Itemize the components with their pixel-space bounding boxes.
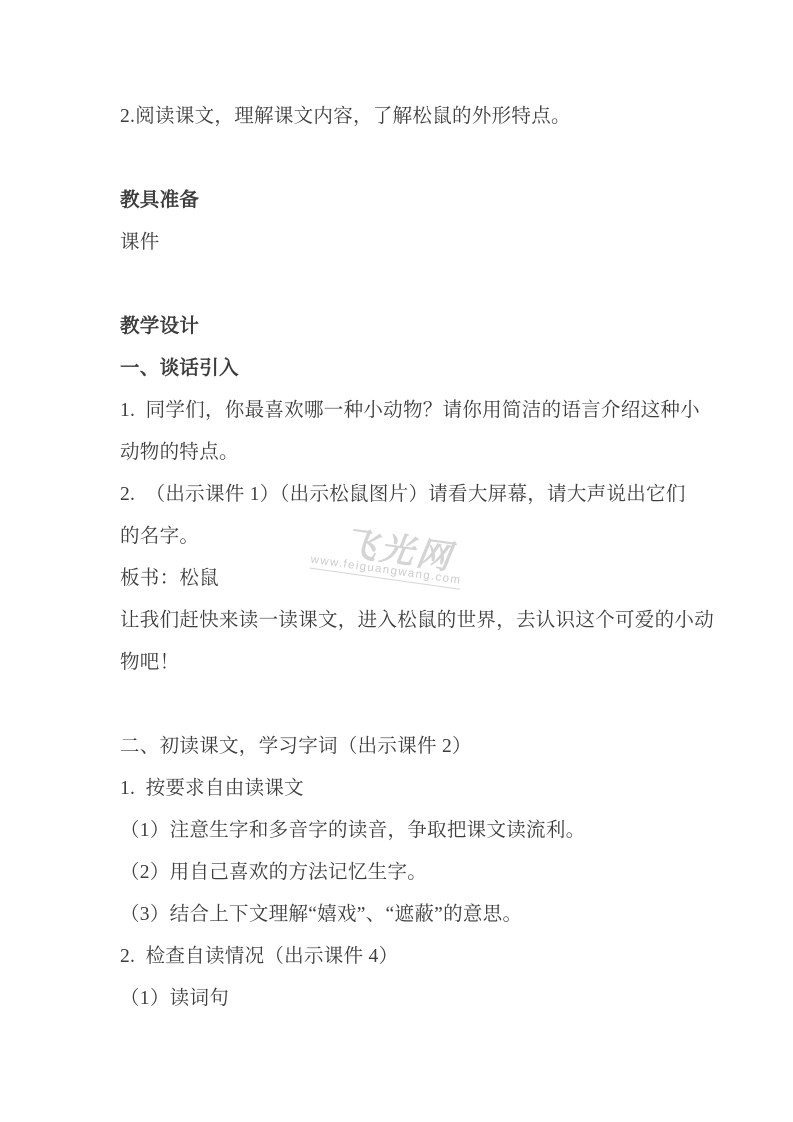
paragraph-line: 1. 按要求自由读课文	[120, 768, 676, 810]
objective-line: 2.阅读课文，理解课文内容，了解松鼠的外形特点。	[120, 96, 676, 138]
heading-section-two-note: （出示课件 2）	[338, 736, 472, 757]
heading-section-two-title: 二、初读课文，学习字词	[120, 736, 338, 757]
paragraph-line: 物吧！	[120, 642, 676, 684]
document-page: { "page": { "background": "#ffffff", "te…	[0, 0, 793, 1122]
paragraph-line: 1. 同学们，你最喜欢哪一种小动物？请你用简洁的语言介绍这种小	[120, 390, 676, 432]
paragraph-line: 2. 检查自读情况（出示课件 4）	[120, 936, 676, 978]
heading-teaching-aids: 教具准备	[120, 180, 676, 222]
paragraph-line: （2）用自己喜欢的方法记忆生字。	[120, 852, 676, 894]
lesson-plan-body: 2.阅读课文，理解课文内容，了解松鼠的外形特点。 教具准备 课件 教学设计 一、…	[120, 96, 676, 1020]
paragraph-line: （1）读词句	[120, 978, 676, 1020]
blank-line	[120, 264, 676, 306]
heading-teaching-design: 教学设计	[120, 306, 676, 348]
paragraph-line: 让我们赶快来读一读课文，进入松鼠的世界，去认识这个可爱的小动	[120, 600, 676, 642]
paragraph-line: 2. （出示课件 1）（出示松鼠图片）请看大屏幕，请大声说出它们	[120, 474, 676, 516]
heading-section-one: 一、谈话引入	[120, 348, 676, 390]
paragraph-line: 动物的特点。	[120, 432, 676, 474]
heading-section-two: 二、初读课文，学习字词（出示课件 2）	[120, 726, 676, 768]
blank-line	[120, 138, 676, 180]
paragraph-line: 的名字。	[120, 516, 676, 558]
paragraph-line: （1）注意生字和多音字的读音，争取把课文读流利。	[120, 810, 676, 852]
paragraph-line: （3）结合上下文理解“嬉戏”、“遮蔽”的意思。	[120, 894, 676, 936]
board-writing-line: 板书：松鼠	[120, 558, 676, 600]
teaching-aids-item: 课件	[120, 222, 676, 264]
blank-line	[120, 684, 676, 726]
